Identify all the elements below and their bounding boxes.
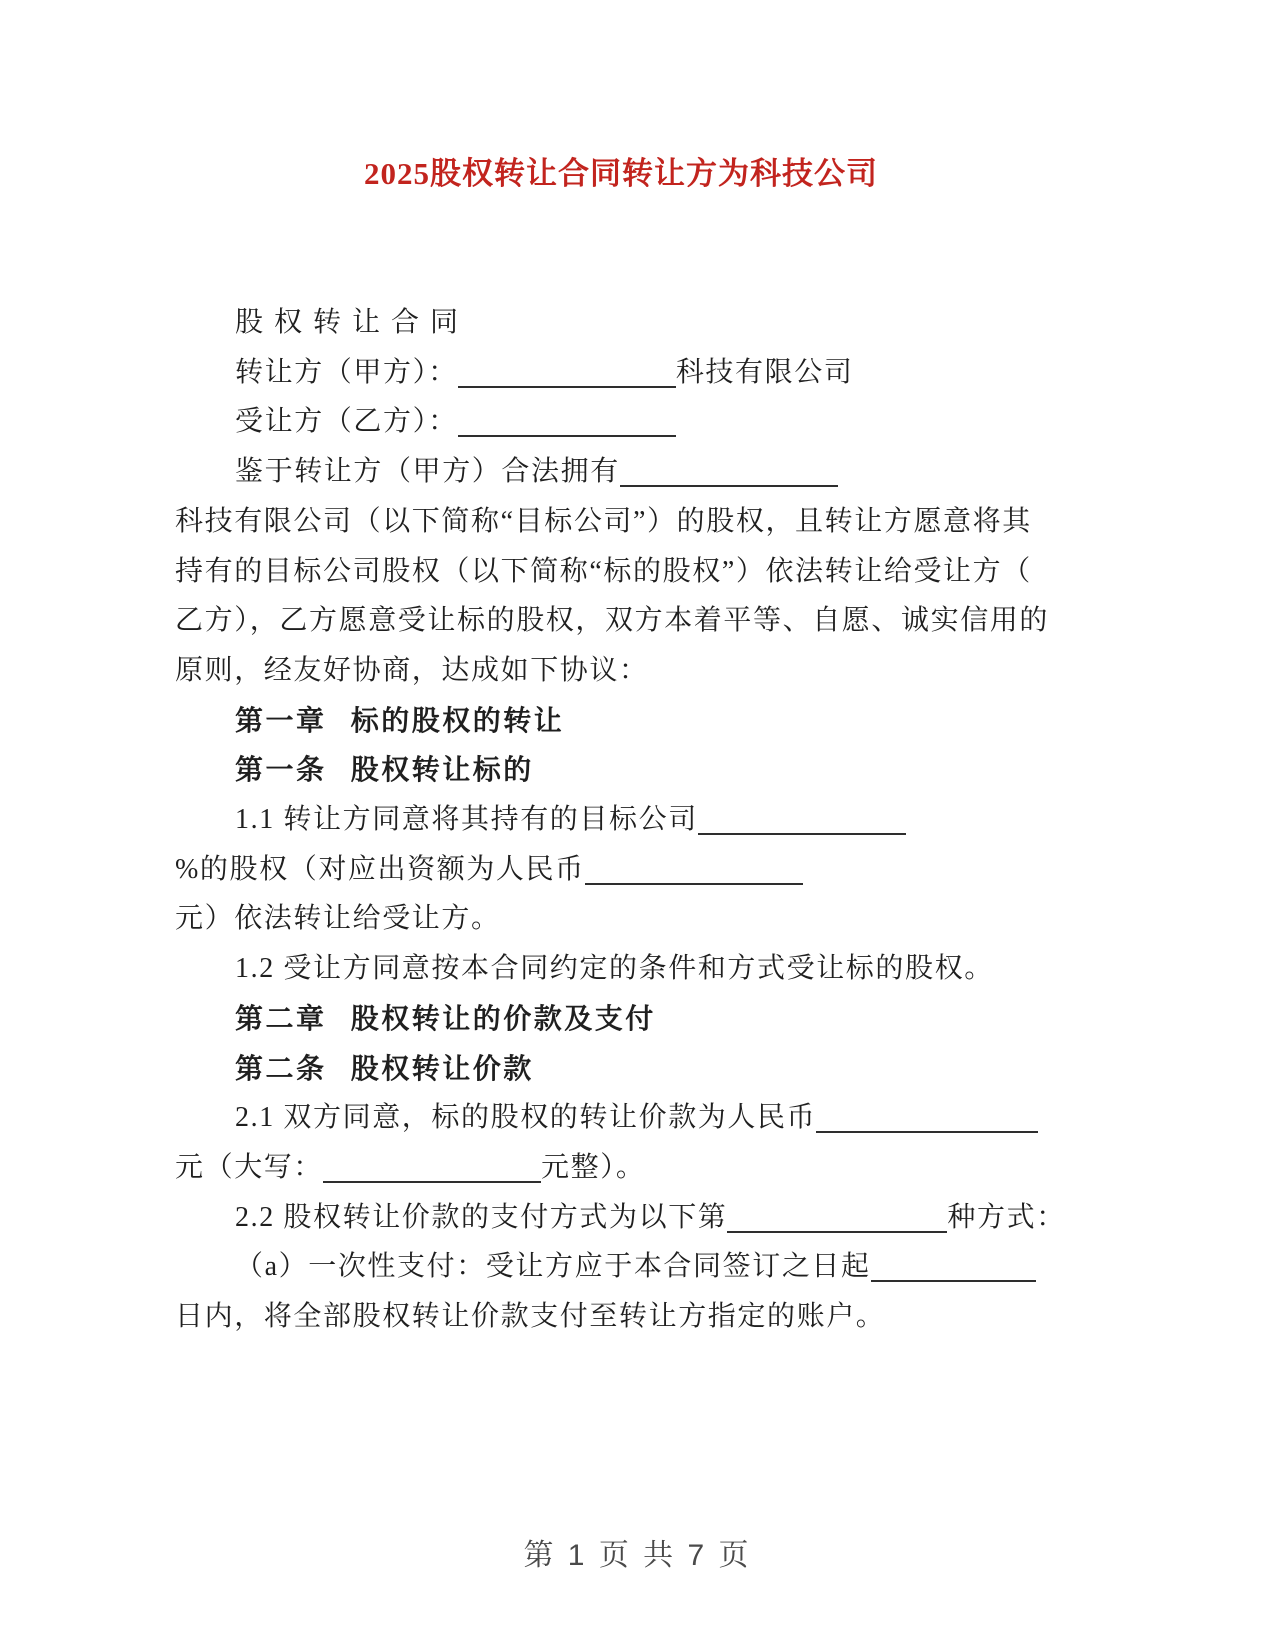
fill-in-blank <box>698 831 906 835</box>
text-run: 元整）。 <box>541 1152 645 1183</box>
fill-in-blank <box>323 1179 541 1183</box>
fill-in-blank <box>620 483 838 487</box>
text-run: 2.2 股权转让价款的支付方式为以下第 <box>235 1202 727 1233</box>
document-line: 1.1 转让方同意将其持有的目标公司 <box>175 795 1067 845</box>
text-run: 元）依法转让给受让方。 <box>175 903 501 934</box>
fill-in-blank <box>727 1229 947 1233</box>
document-line: 日内，将全部股权转让价款支付至转让方指定的账户。 <box>175 1292 1067 1342</box>
text-run: 第一章 标的股权的转让 <box>235 705 564 736</box>
text-run: 转让方（甲方）： <box>235 357 458 388</box>
document-line: 2.2 股权转让价款的支付方式为以下第种方式： <box>175 1193 1067 1243</box>
text-run: 元（大写： <box>175 1152 323 1183</box>
text-run: %的股权（对应出资额为人民币 <box>175 854 585 885</box>
section-heading: 第一章 标的股权的转让 <box>175 696 1067 746</box>
text-run: 原则，经友好协商，达成如下协议： <box>175 655 649 686</box>
document-body: 股权转让合同转让方（甲方）：科技有限公司受让方（乙方）：鉴于转让方（甲方）合法拥… <box>175 298 1067 1342</box>
text-run: 持有的目标公司股权（以下简称“标的股权”）依法转让给受让方（ <box>175 556 1032 587</box>
document-line: 受让方（乙方）： <box>175 397 1067 447</box>
fill-in-blank <box>585 881 803 885</box>
text-run: 股权转让合同 <box>235 307 469 338</box>
contract-page: 2025股权转让合同转让方为科技公司 股权转让合同转让方（甲方）：科技有限公司受… <box>0 0 1275 1650</box>
text-run: 2.1 双方同意，标的股权的转让价款为人民币 <box>235 1102 816 1133</box>
text-run: 第二条 股权转让价款 <box>235 1053 534 1084</box>
section-heading: 第一条 股权转让标的 <box>175 745 1067 795</box>
document-line: （a）一次性支付：受让方应于本合同签订之日起 <box>175 1242 1067 1292</box>
text-run: 1.2 受让方同意按本合同约定的条件和方式受让标的股权。 <box>235 953 994 984</box>
document-line: 元（大写：元整）。 <box>175 1143 1067 1193</box>
fill-in-blank <box>458 433 676 437</box>
document-line: 股权转让合同 <box>175 298 1067 348</box>
text-run: 第二章 股权转让的价款及支付 <box>235 1003 656 1034</box>
document-line: 转让方（甲方）：科技有限公司 <box>175 348 1067 398</box>
text-run: 科技有限公司 <box>676 357 854 388</box>
section-heading: 第二条 股权转让价款 <box>175 1044 1067 1094</box>
document-title: 2025股权转让合同转让方为科技公司 <box>175 148 1067 193</box>
page-number: 第 1 页 共 7 页 <box>0 1530 1275 1574</box>
fill-in-blank <box>458 384 676 388</box>
text-run: 1.1 转让方同意将其持有的目标公司 <box>235 804 698 835</box>
text-run: 乙方），乙方愿意受让标的股权，双方本着平等、自愿、诚实信用的 <box>175 605 1049 636</box>
fill-in-blank <box>816 1129 1038 1133</box>
document-line: 2.1 双方同意，标的股权的转让价款为人民币 <box>175 1093 1067 1143</box>
text-run: 受让方（乙方）： <box>235 406 458 437</box>
document-line: 原则，经友好协商，达成如下协议： <box>175 646 1067 696</box>
text-run: 日内，将全部股权转让价款支付至转让方指定的账户。 <box>175 1301 885 1332</box>
document-line: 鉴于转让方（甲方）合法拥有 <box>175 447 1067 497</box>
document-line: 元）依法转让给受让方。 <box>175 894 1067 944</box>
text-run: （a）一次性支付：受让方应于本合同签订之日起 <box>235 1251 871 1282</box>
text-run: 鉴于转让方（甲方）合法拥有 <box>235 456 620 487</box>
section-heading: 第二章 股权转让的价款及支付 <box>175 994 1067 1044</box>
document-line: 乙方），乙方愿意受让标的股权，双方本着平等、自愿、诚实信用的 <box>175 596 1067 646</box>
text-run: 科技有限公司（以下简称“目标公司”）的股权，且转让方愿意将其 <box>175 506 1032 537</box>
text-run: 种方式： <box>947 1202 1065 1233</box>
text-run: 第一条 股权转让标的 <box>235 754 534 785</box>
document-line: 1.2 受让方同意按本合同约定的条件和方式受让标的股权。 <box>175 944 1067 994</box>
document-line: 持有的目标公司股权（以下简称“标的股权”）依法转让给受让方（ <box>175 547 1067 597</box>
document-line: %的股权（对应出资额为人民币 <box>175 845 1067 895</box>
document-line: 科技有限公司（以下简称“目标公司”）的股权，且转让方愿意将其 <box>175 497 1067 547</box>
fill-in-blank <box>871 1278 1036 1282</box>
